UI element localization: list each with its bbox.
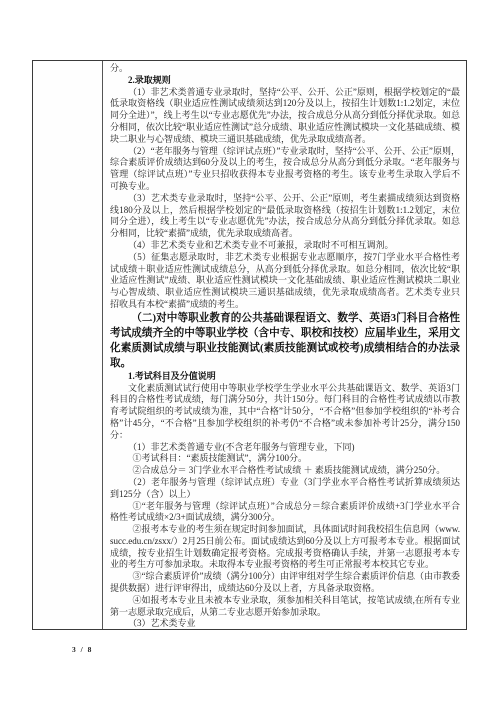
doc-paragraph: ②合成总分＝ 3门学业水平合格性考试成绩 ＋ 素质技能测试成绩，满分250分。 <box>110 465 460 477</box>
document-table: 分。2.录取规则（1）非艺术类普通专业录取时，坚持“公平、公开、公正”原则，根据… <box>32 60 467 630</box>
page-number: 3 / 8 <box>72 645 93 654</box>
doc-paragraph: 分。 <box>110 63 460 75</box>
table-left-cell <box>33 61 103 629</box>
doc-paragraph: ①考试科目：“素质技能测试”，满分100分。 <box>110 453 460 465</box>
doc-paragraph: （2）“老年服务与管理（综评试点班）”专业录取时，坚持“公平、公开、公正”原则，… <box>110 146 460 193</box>
doc-paragraph: （5）征集志愿录取时，非艺术类专业根据专业志愿顺序，按7门学业水平合格性考试成绩… <box>110 252 460 311</box>
doc-paragraph: （3）艺术类专业 <box>110 618 460 629</box>
doc-paragraph: （4）非艺术类专业和艺术类专业不可兼报，录取时不可相互调剂。 <box>110 240 460 252</box>
doc-paragraph: ③“综合素质评价”成绩（满分100分）由评审组对学生综合素质评价信息（由市教委提… <box>110 571 460 595</box>
page-footer: 3 / 8 <box>72 645 93 654</box>
doc-paragraph: ②报考本专业的考生须在规定时间参加面试，具体面试时间我校招生信息网（www.su… <box>110 524 460 571</box>
doc-paragraph: （二)对中等职业教育的公共基础课程语文、数学、英语3门科目合格性考试成绩齐全的中… <box>110 311 460 371</box>
table-content-cell: 分。2.录取规则（1）非艺术类普通专业录取时，坚持“公平、公开、公正”原则，根据… <box>103 61 466 629</box>
doc-paragraph: 2.录取规则 <box>110 75 460 87</box>
doc-paragraph: 文化素质测试试行使用中等职业学校学生学业水平公共基础课语文、数学、英语3门科目的… <box>110 383 460 442</box>
document-body: 分。2.录取规则（1）非艺术类普通专业录取时，坚持“公平、公开、公正”原则，根据… <box>110 63 460 629</box>
doc-paragraph: ①“老年服务与管理（综评试点班）”合成总分＝综合素质评价成绩+3门学业水平合格性… <box>110 501 460 525</box>
doc-paragraph: （3）艺术类专业录取时，坚持“公平、公开、公正”原则，考生素描成绩须达到资格线1… <box>110 193 460 240</box>
doc-paragraph: （1）非艺术类普通专业(不含老年服务与管理专业，下同) <box>110 442 460 454</box>
doc-paragraph: 1.考试科目及分值说明 <box>110 371 460 383</box>
page: { "footer": { "page_number": "3 / 8" }, … <box>0 0 500 707</box>
doc-paragraph: （2）老年服务与管理（综评试点班）专业（3门学业水平合格性考试折算成绩须达到12… <box>110 477 460 501</box>
doc-paragraph: ④如报考本专业且未被本专业录取，须参加相关科目笔试，按笔试成绩,在所有专业第一志… <box>110 595 460 619</box>
doc-paragraph: （1）非艺术类普通专业录取时，坚持“公平、公开、公正”原则，根据学校划定的“最低… <box>110 87 460 146</box>
